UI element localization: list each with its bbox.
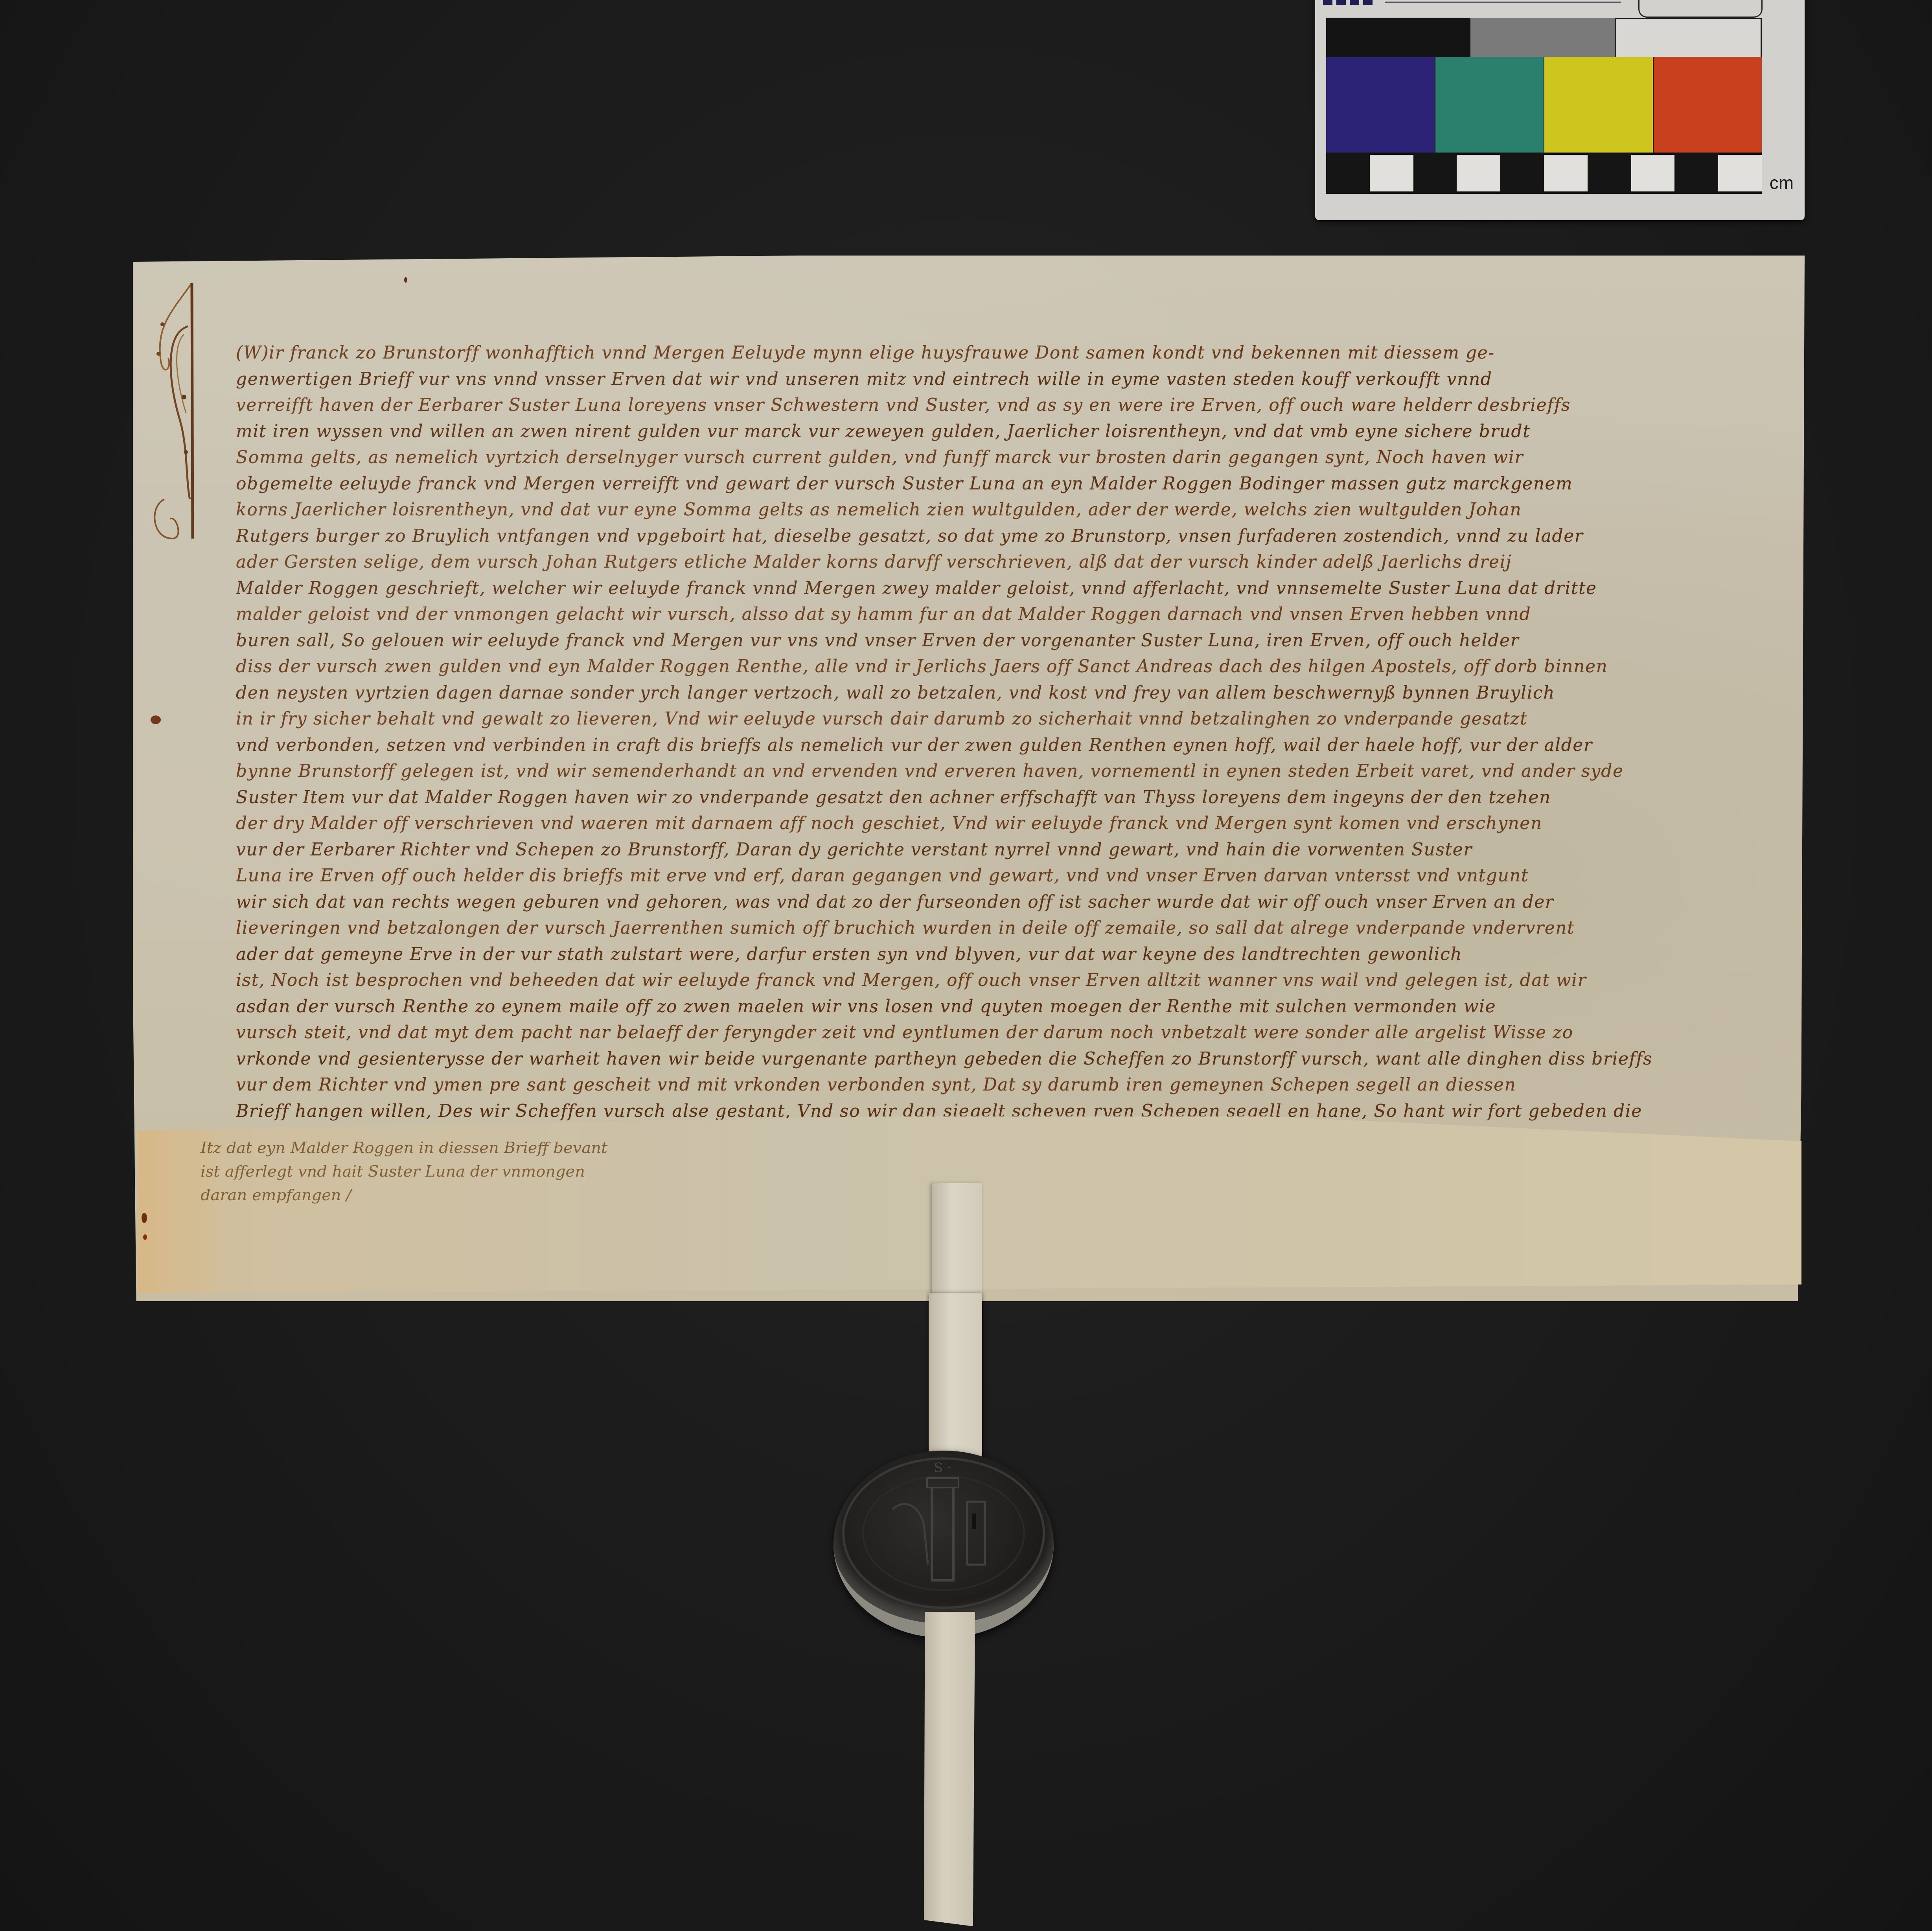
card-barcode-mark: [1323, 0, 1374, 5]
text-line: (W)ir franck zo Brunstorff wonhafftich v…: [236, 340, 1750, 366]
text-line: verreifft haven der Eerbarer Suster Luna…: [236, 392, 1750, 419]
text-line: vrkonde vnd gesienterysse der warheit ha…: [236, 1046, 1750, 1072]
text-line: mit iren wyssen vnd willen an zwen niren…: [236, 419, 1750, 445]
seal-tag-front: [932, 1183, 982, 1293]
text-line: obgemelte eeluyde franck vnd Mergen verr…: [236, 471, 1750, 497]
grayscale-patch-row: [1326, 18, 1762, 59]
initial-letter-icon: [149, 279, 208, 546]
endorsement-line: Itz dat eyn Malder Roggen in diessen Bri…: [201, 1136, 672, 1160]
text-line: den neysten vyrtzien dagen darnae sonder…: [236, 680, 1750, 706]
text-line: korns Jaerlicher loisrentheyn, vnd dat v…: [236, 497, 1750, 523]
text-line: buren sall, So gelouen wir eeluyde franc…: [236, 628, 1750, 654]
ink-stain: [143, 1234, 147, 1240]
charter-text: (W)ir franck zo Brunstorff wonhafftich v…: [236, 340, 1750, 1229]
seal-castle-icon: S ·: [834, 1451, 1054, 1624]
svg-text:S ·: S ·: [934, 1460, 951, 1476]
text-line: asdan der vursch Renthe zo eynem maile o…: [236, 994, 1750, 1020]
text-line: genwertigen Brieff vur vns vnnd vnsser E…: [236, 366, 1750, 393]
text-line: vur dem Richter vnd ymen pre sant gesche…: [236, 1072, 1750, 1098]
endorsement-line: daran empfangen /: [201, 1183, 672, 1207]
ink-dot: [404, 277, 407, 283]
teal-patch: [1435, 57, 1544, 153]
yellow-patch: [1544, 57, 1653, 153]
card-label-tab: [1638, 0, 1763, 18]
text-line: bynne Brunstorff gelegen ist, vnd wir se…: [236, 758, 1750, 785]
text-line: diss der vursch zwen gulden vnd eyn Mald…: [236, 654, 1750, 680]
text-line: vnd verbonden, setzen vnd verbinden in c…: [236, 732, 1750, 759]
white-patch: [1615, 18, 1762, 59]
text-line: der dry Malder off verschrieven vnd waer…: [236, 811, 1750, 837]
decorated-initial: [149, 279, 208, 546]
text-line: Suster Item vur dat Malder Roggen haven …: [236, 785, 1750, 811]
seal-tag-tail: [924, 1612, 975, 1926]
text-line: wir sich dat van rechts wegen geburen vn…: [236, 889, 1750, 916]
text-line: malder geloist vnd der vnmongen gelacht …: [236, 601, 1750, 628]
text-line: Malder Roggen geschrieft, welcher wir ee…: [236, 576, 1750, 602]
gray-patch: [1470, 18, 1615, 59]
text-line: ader Gersten selige, dem vursch Johan Ru…: [236, 549, 1750, 576]
text-line: Luna ire Erven off ouch helder dis brief…: [236, 863, 1750, 889]
centimeter-scale: [1326, 153, 1762, 194]
text-line: lieveringen vnd betzalongen der vursch J…: [236, 915, 1750, 942]
text-line: in ir fry sicher behalt vnd gewalt zo li…: [236, 706, 1750, 732]
text-line: ist, Noch ist besprochen vnd beheeden da…: [236, 967, 1750, 994]
wax-seal: S ·: [834, 1451, 1054, 1638]
black-patch: [1326, 18, 1470, 59]
blue-patch: [1326, 57, 1435, 153]
text-line: vursch steit, vnd dat myt dem pacht nar …: [236, 1020, 1750, 1046]
card-rule-line: [1385, 2, 1621, 3]
text-line: Rutgers burger zo Bruylich vntfangen vnd…: [236, 523, 1750, 550]
text-line: ader dat gemeyne Erve in der vur stath z…: [236, 942, 1750, 968]
color-reference-card: cm: [1315, 0, 1805, 220]
ink-stain: [142, 1213, 147, 1223]
text-line: Somma gelts, as nemelich vyrtzich dersel…: [236, 445, 1750, 471]
color-patch-row: [1326, 57, 1762, 153]
endorsement-line: ist afferlegt vnd hait Suster Luna der v…: [201, 1160, 672, 1183]
red-patch: [1654, 57, 1762, 153]
endorsement-note: Itz dat eyn Malder Roggen in diessen Bri…: [201, 1136, 672, 1207]
text-line: vur der Eerbarer Richter vnd Schepen zo …: [236, 837, 1750, 863]
seal-tag-hanging: [929, 1293, 982, 1462]
unit-label: cm: [1770, 172, 1794, 193]
ink-stain: [151, 715, 161, 724]
